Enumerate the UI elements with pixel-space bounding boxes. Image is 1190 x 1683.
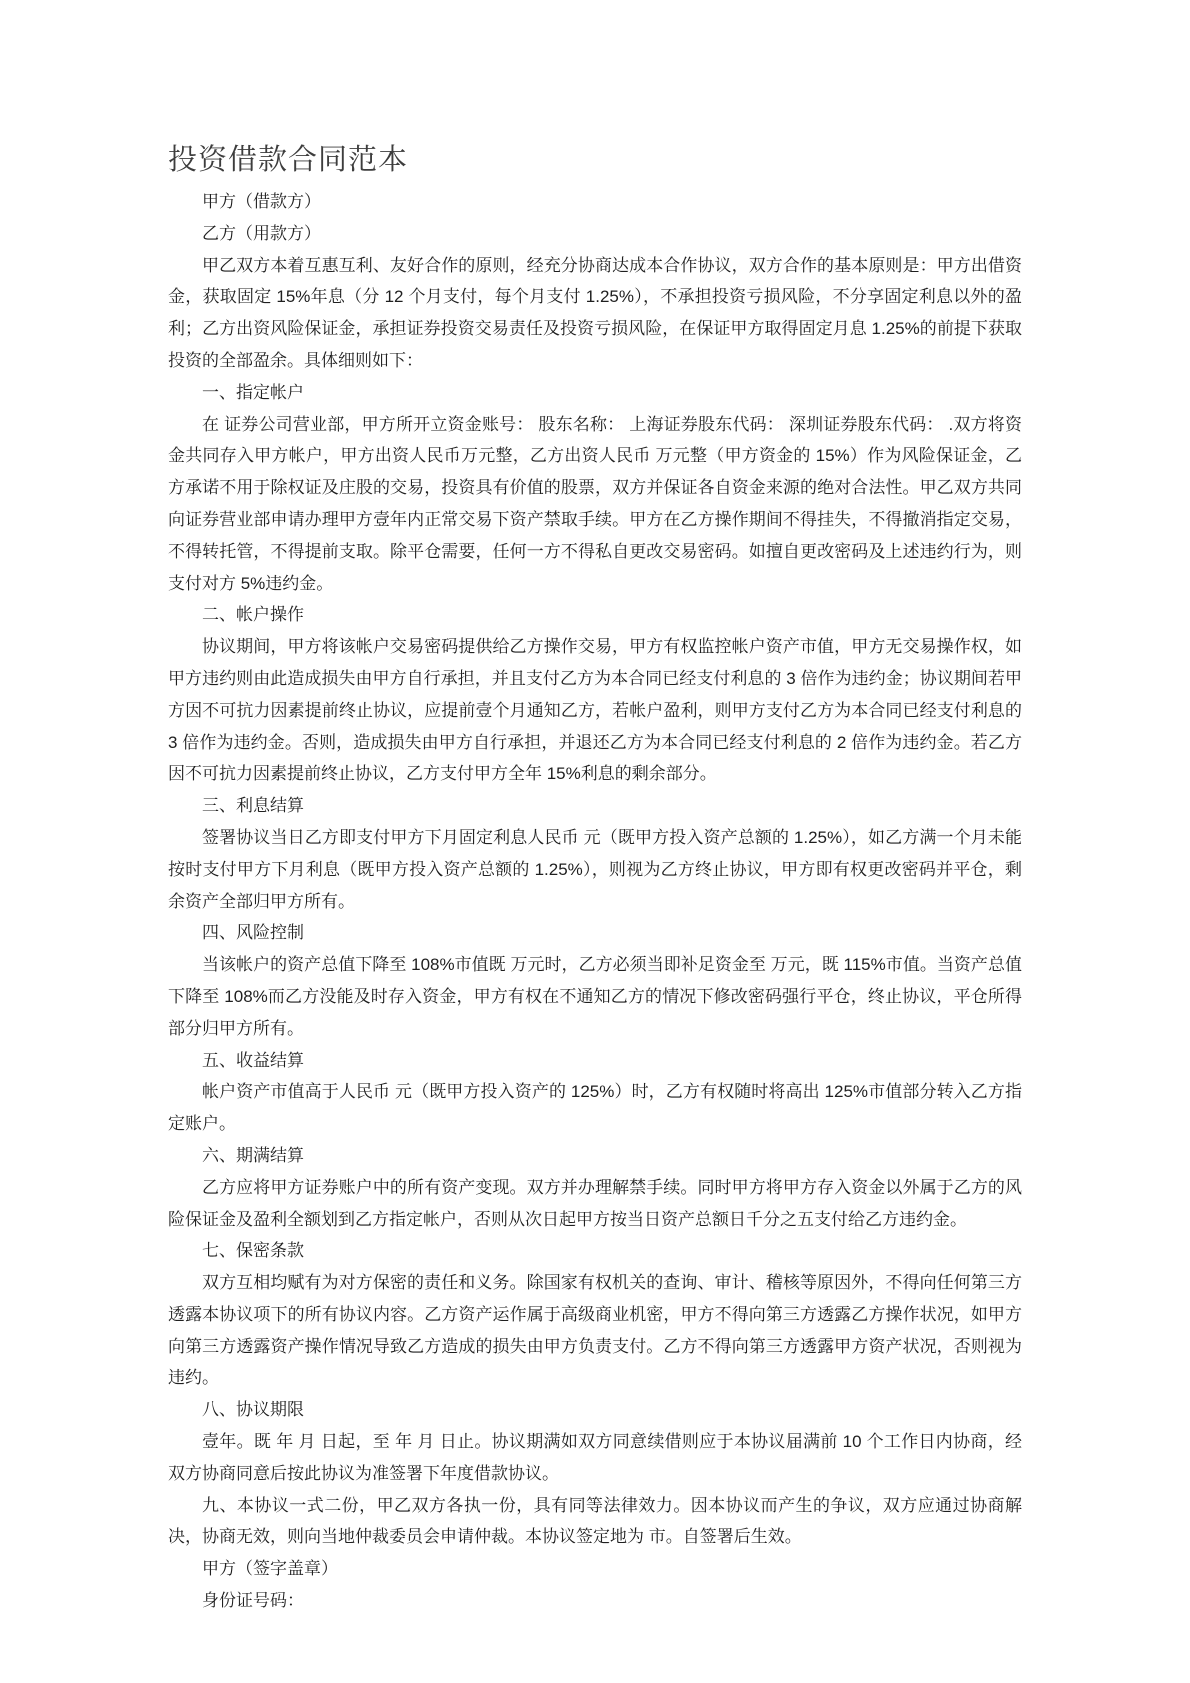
section-2-body: 协议期间，甲方将该帐户交易密码提供给乙方操作交易，甲方有权监控帐户资产市值，甲方… — [168, 631, 1022, 790]
section-7-body: 双方互相均赋有为对方保密的责任和义务。除国家有权机关的查询、审计、稽核等原因外，… — [168, 1267, 1022, 1394]
section-6-heading: 六、期满结算 — [168, 1140, 1022, 1172]
party-a-line: 甲方（借款方） — [168, 186, 1022, 218]
section-3-heading: 三、利息结算 — [168, 790, 1022, 822]
document-body: 甲方（借款方） 乙方（用款方） 甲乙双方本着互惠互利、友好合作的原则，经充分协商… — [168, 186, 1022, 1617]
section-5-heading: 五、收益结算 — [168, 1045, 1022, 1077]
section-6-body: 乙方应将甲方证券账户中的所有资产变现。双方并办理解禁手续。同时甲方将甲方存入资金… — [168, 1172, 1022, 1236]
section-3-body: 签署协议当日乙方即支付甲方下月固定利息人民币 元（既甲方投入资产总额的 1.25… — [168, 822, 1022, 917]
section-1-body: 在 证券公司营业部，甲方所开立资金账号： 股东名称： 上海证券股东代码： 深圳证… — [168, 409, 1022, 600]
section-1-heading: 一、指定帐户 — [168, 377, 1022, 409]
section-7-heading: 七、保密条款 — [168, 1235, 1022, 1267]
section-9-paragraph: 九、本协议一式二份，甲乙双方各执一份，具有同等法律效力。因本协议而产生的争议，双… — [168, 1490, 1022, 1554]
id-number-line: 身份证号码： — [168, 1585, 1022, 1617]
section-5-body: 帐户资产市值高于人民币 元（既甲方投入资产的 125%）时，乙方有权随时将高出 … — [168, 1076, 1022, 1140]
document-page: 投资借款合同范本 甲方（借款方） 乙方（用款方） 甲乙双方本着互惠互利、友好合作… — [0, 0, 1190, 1683]
preamble-paragraph: 甲乙双方本着互惠互利、友好合作的原则，经充分协商达成本合作协议，双方合作的基本原… — [168, 250, 1022, 377]
document-title: 投资借款合同范本 — [168, 140, 1022, 180]
section-8-heading: 八、协议期限 — [168, 1394, 1022, 1426]
section-8-body: 壹年。既 年 月 日起，至 年 月 日止。协议期满如双方同意续借则应于本协议届满… — [168, 1426, 1022, 1490]
party-b-line: 乙方（用款方） — [168, 218, 1022, 250]
section-4-heading: 四、风险控制 — [168, 917, 1022, 949]
section-2-heading: 二、帐户操作 — [168, 599, 1022, 631]
section-4-body: 当该帐户的资产总值下降至 108%市值既 万元时，乙方必须当即补足资金至 万元，… — [168, 949, 1022, 1044]
signature-line: 甲方（签字盖章） — [168, 1553, 1022, 1585]
